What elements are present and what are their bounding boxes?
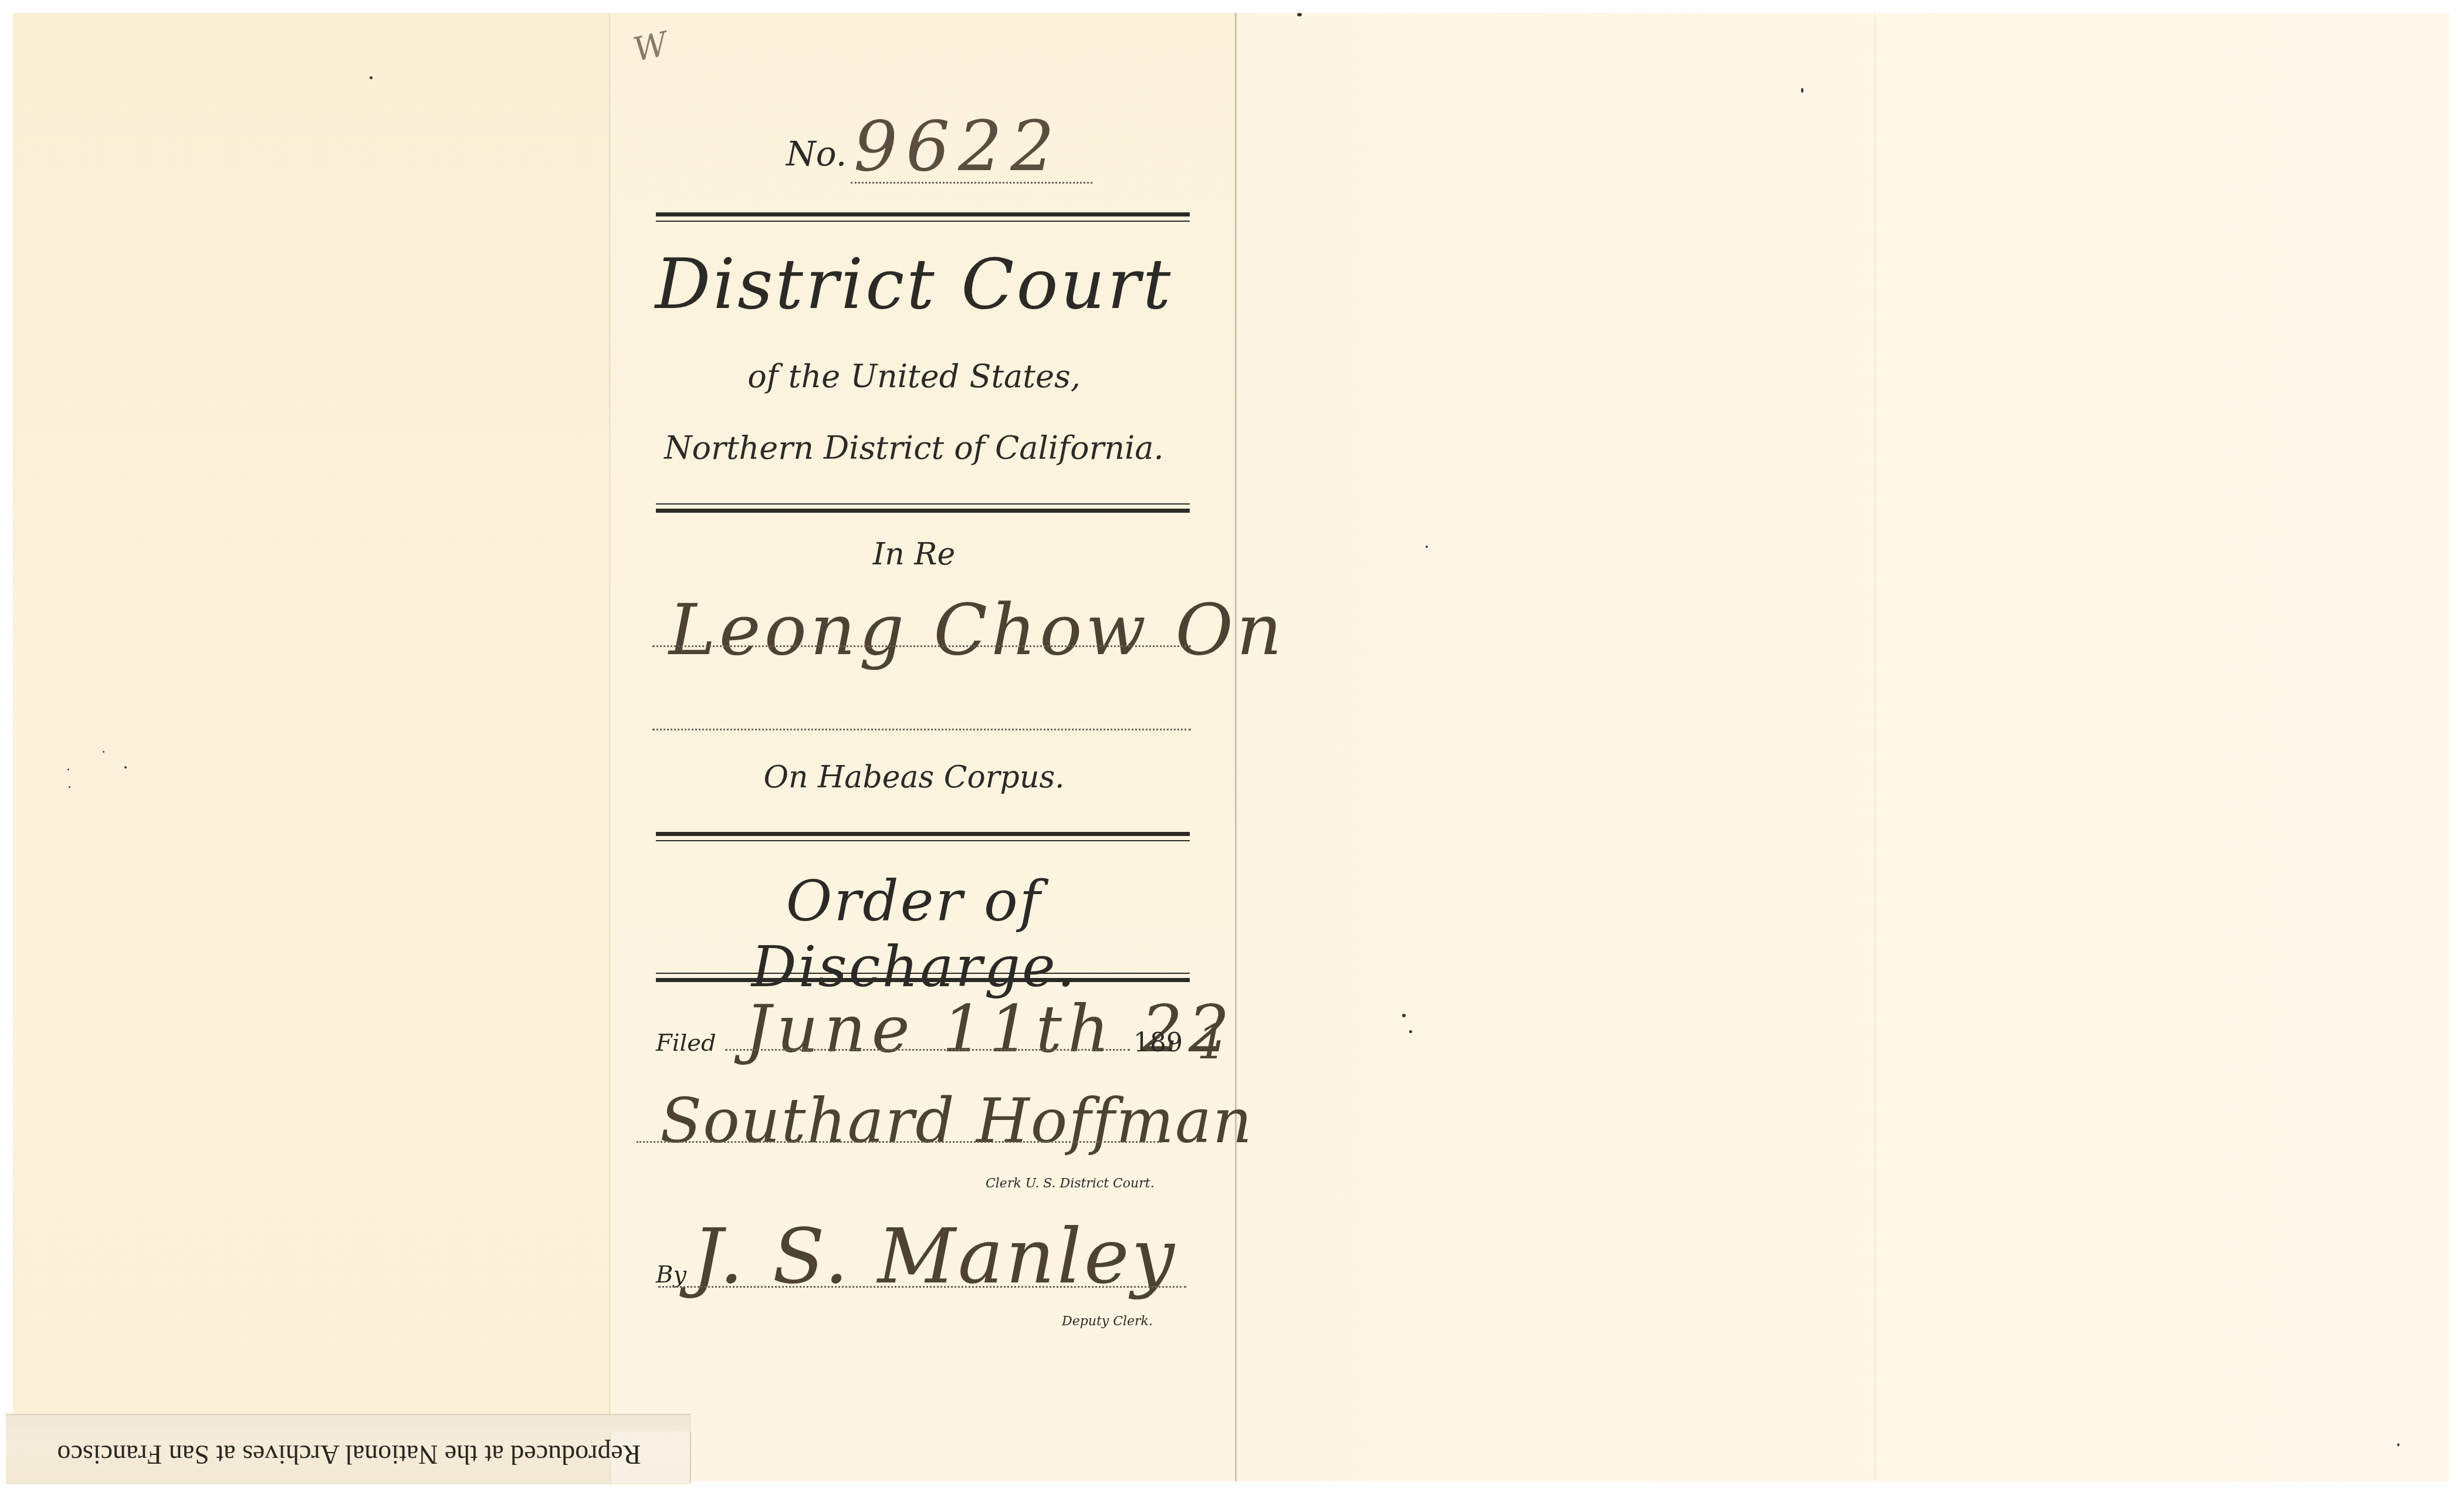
filed-year-handwritten: 1: [1197, 1015, 1227, 1069]
clerk-signature: Southard Hoffman: [660, 1085, 1253, 1157]
paper-speck: [69, 786, 70, 788]
rule-top: [656, 212, 1190, 222]
filed-year-printed: 189: [1133, 1028, 1183, 1058]
case-number-block: No. 9622: [786, 100, 1091, 194]
deputy-clerk-title: Deputy Clerk.: [1062, 1314, 1153, 1329]
fold-line-center: [1235, 13, 1237, 1481]
court-subtitle-united-states: of the United States,: [644, 358, 1184, 395]
left-panel: [13, 13, 610, 1481]
corner-handwritten-mark: W: [630, 25, 671, 70]
filed-dotted-line: [725, 1049, 1130, 1051]
fold-line-right: [1874, 13, 1876, 1481]
petitioner-name-handwritten: Leong Chow On: [669, 590, 1285, 671]
paper-speck: [124, 766, 127, 769]
paper-speck: [1409, 1030, 1412, 1033]
paper-speck: [2397, 1443, 2399, 1446]
paper-speck: [1297, 13, 1302, 16]
fold-line-left: [609, 13, 611, 1481]
by-label: By: [656, 1261, 686, 1288]
petitioner-dotted-line-2: [652, 729, 1191, 730]
paper-speck: [1402, 1014, 1406, 1017]
rule-after-court: [656, 503, 1190, 513]
case-number-value: 9622: [854, 106, 1062, 187]
case-number-dotted-line: [851, 182, 1092, 184]
archive-reproduction-notice: Reproduced at the National Archives at S…: [35, 1439, 663, 1470]
paper-speck: [67, 769, 69, 770]
clerk-title: Clerk U. S. District Court.: [986, 1176, 1155, 1191]
filed-label: Filed: [656, 1030, 716, 1057]
rule-before-order: [656, 832, 1190, 841]
paper-speck: [370, 76, 373, 79]
case-number-label: No.: [786, 134, 847, 174]
paper-speck: [1426, 546, 1428, 548]
court-title: District Court: [644, 243, 1184, 324]
proceeding-type: On Habeas Corpus.: [644, 760, 1184, 795]
in-re-label: In Re: [644, 537, 1184, 572]
rule-after-order: [656, 973, 1190, 982]
clerk-dotted-line: [637, 1141, 1162, 1143]
petitioner-dotted-line-1: [652, 645, 1191, 647]
paper-speck: [103, 751, 104, 753]
deputy-dotted-line: [658, 1286, 1186, 1288]
court-subtitle-district: Northern District of California.: [644, 429, 1184, 466]
paper-speck: [1801, 88, 1803, 93]
document-paper: [13, 13, 2449, 1481]
